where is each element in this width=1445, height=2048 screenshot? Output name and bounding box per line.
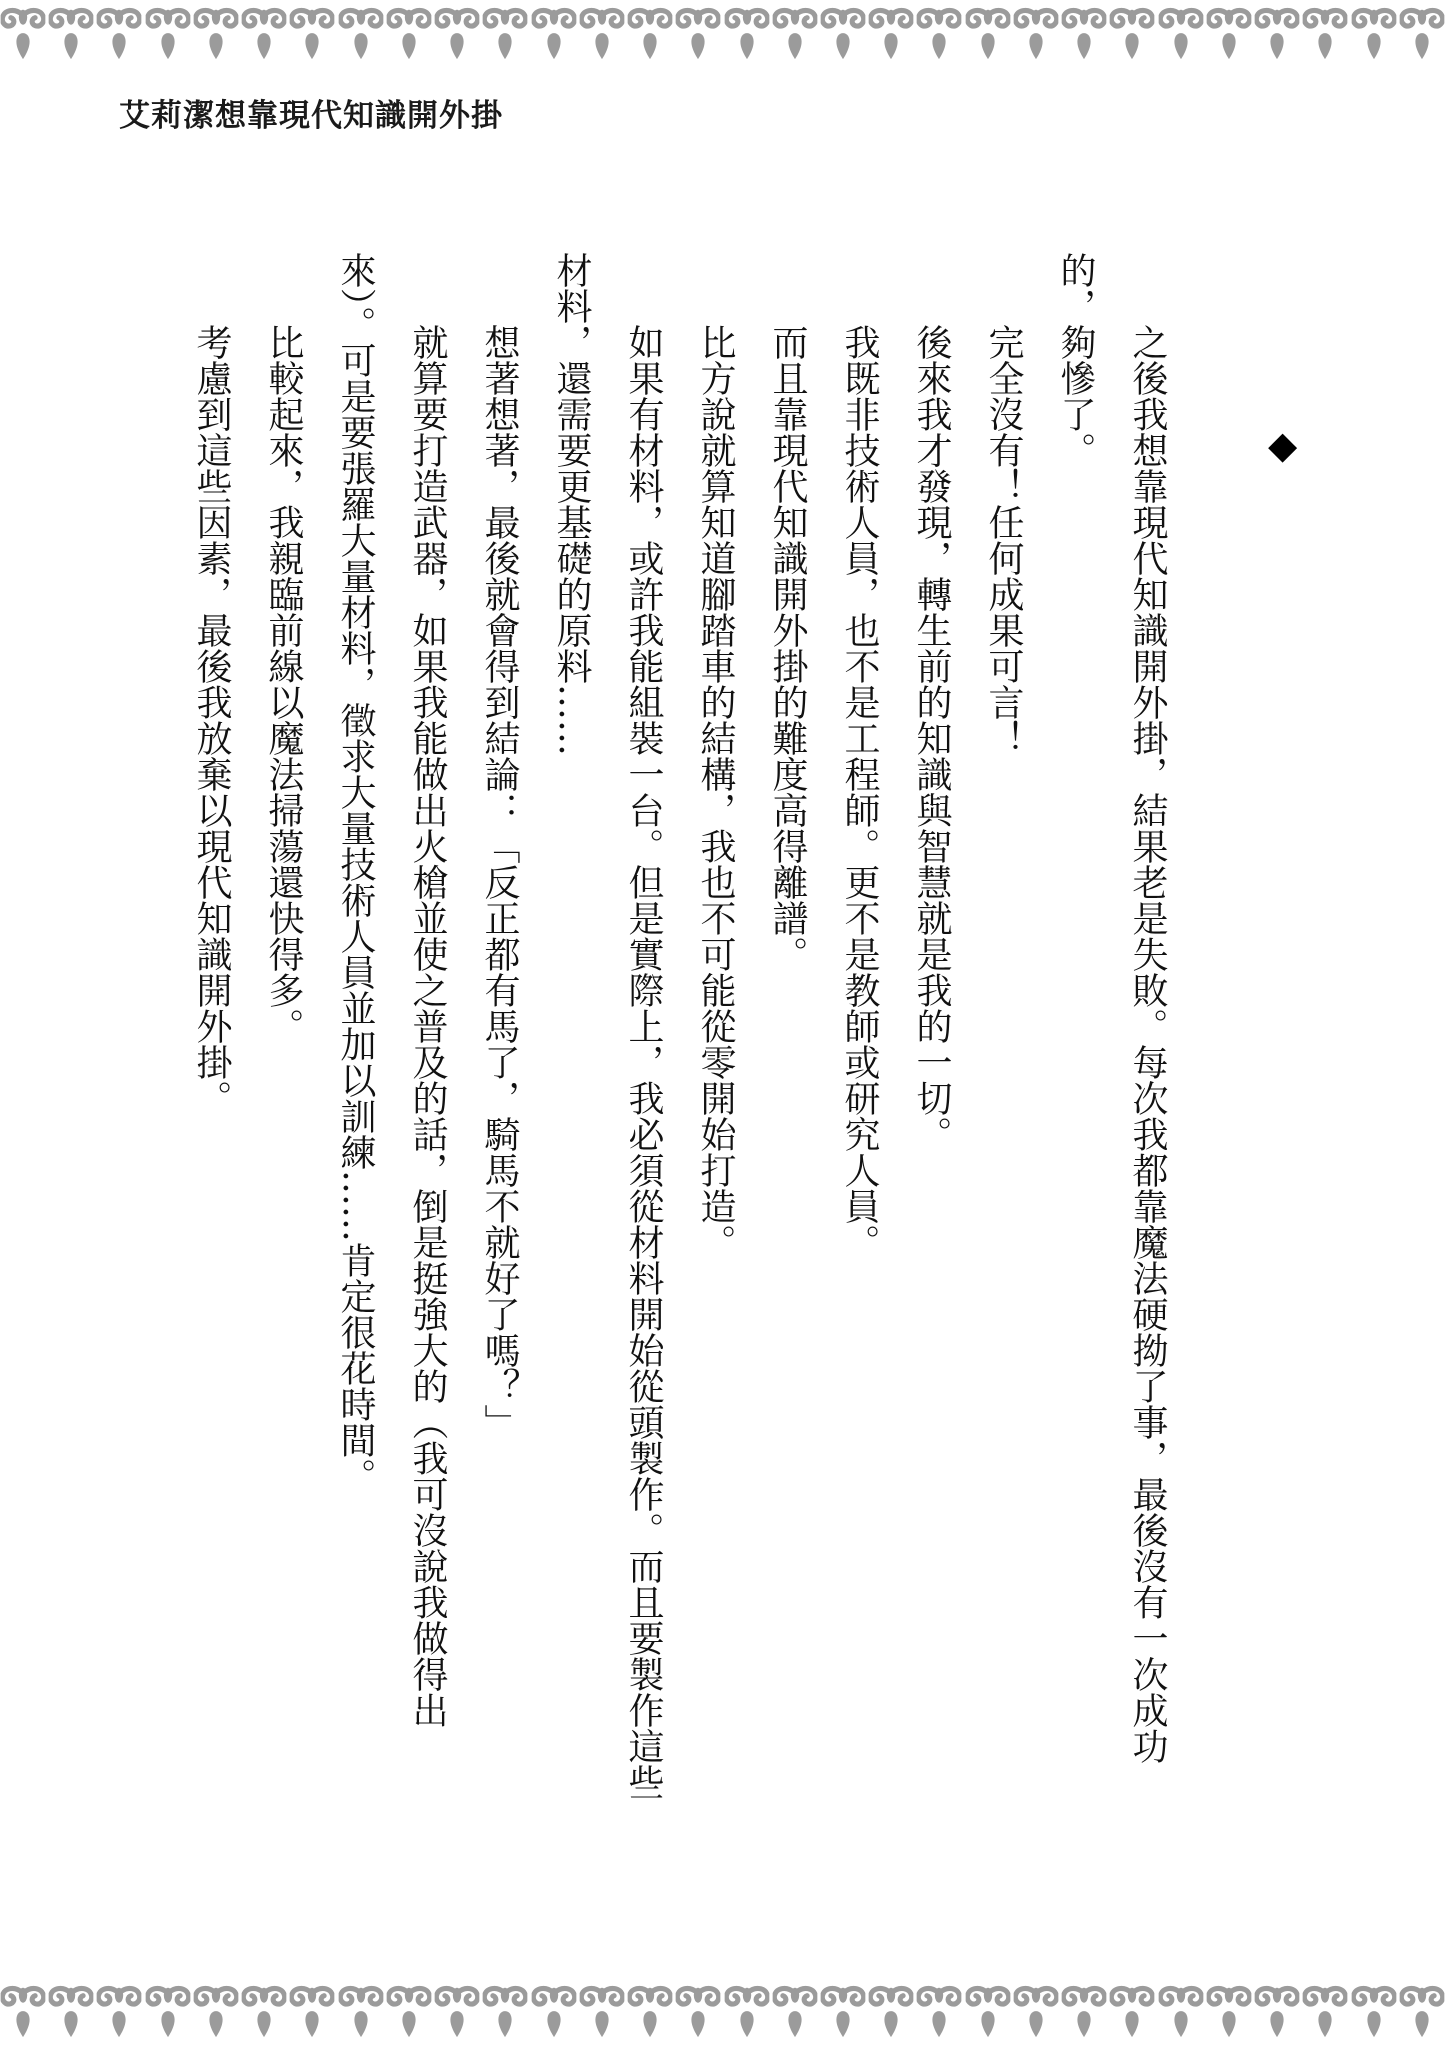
fleur-de-lis-icon (724, 7, 770, 61)
page-title: 艾莉潔想靠現代知識開外掛 (119, 90, 503, 135)
fleur-de-lis-icon (482, 7, 528, 61)
paragraph: 比較起來，我親臨前線以魔法掃蕩還快得多。 (247, 252, 319, 1812)
fleur-de-lis-icon (0, 7, 46, 61)
fleur-de-lis-icon (627, 7, 673, 61)
fleur-de-lis-icon (1013, 7, 1059, 61)
fleur-de-lis-icon (1351, 1985, 1397, 2039)
paragraph: 我既非技術人員，也不是工程師。更不是教師或研究人員。 (823, 252, 895, 1812)
fleur-de-lis-icon (482, 1985, 528, 2039)
fleur-de-lis-icon (434, 1985, 480, 2039)
fleur-de-lis-icon (0, 1985, 46, 2039)
top-ornament-border (0, 6, 1445, 62)
fleur-de-lis-icon (868, 7, 914, 61)
fleur-de-lis-icon (965, 1985, 1011, 2039)
fleur-de-lis-icon (241, 7, 287, 61)
fleur-de-lis-icon (1206, 7, 1252, 61)
fleur-de-lis-icon (1158, 1985, 1204, 2039)
fleur-de-lis-icon (338, 1985, 384, 2039)
fleur-de-lis-icon (289, 1985, 335, 2039)
fleur-de-lis-icon (193, 1985, 239, 2039)
fleur-de-lis-icon (675, 7, 721, 61)
fleur-de-lis-icon (675, 1985, 721, 2039)
fleur-de-lis-icon (1109, 1985, 1155, 2039)
paragraph: 比方說就算知道腳踏車的結構，我也不可能從零開始打造。 (679, 252, 751, 1812)
paragraph: 就算要打造武器，如果我能做出火槍並使之普及的話，倒是挺強大的（我可沒說我做得出來… (319, 252, 463, 1812)
fleur-de-lis-icon (193, 7, 239, 61)
fleur-de-lis-icon (1061, 1985, 1107, 2039)
fleur-de-lis-icon (96, 1985, 142, 2039)
fleur-de-lis-icon (48, 1985, 94, 2039)
fleur-de-lis-icon (965, 7, 1011, 61)
fleur-de-lis-icon (1206, 1985, 1252, 2039)
fleur-de-lis-icon (145, 7, 191, 61)
fleur-de-lis-icon (289, 7, 335, 61)
paragraph: 之後我想靠現代知識開外掛，結果老是失敗。每次我都靠魔法硬拗了事，最後沒有一次成功… (1039, 252, 1183, 1812)
fleur-de-lis-icon (386, 1985, 432, 2039)
fleur-de-lis-icon (338, 7, 384, 61)
fleur-de-lis-icon (531, 7, 577, 61)
fleur-de-lis-icon (434, 7, 480, 61)
fleur-de-lis-icon (1013, 1985, 1059, 2039)
paragraph: 完全沒有！任何成果可言！ (967, 252, 1039, 1812)
fleur-de-lis-icon (1254, 1985, 1300, 2039)
fleur-de-lis-icon (820, 7, 866, 61)
fleur-de-lis-icon (1254, 7, 1300, 61)
fleur-de-lis-icon (772, 1985, 818, 2039)
fleur-de-lis-icon (579, 7, 625, 61)
novel-text: 之後我想靠現代知識開外掛，結果老是失敗。每次我都靠魔法硬拗了事，最後沒有一次成功… (173, 252, 1183, 1812)
paragraph: 而且靠現代知識開外掛的難度高得離譜。 (751, 252, 823, 1812)
fleur-de-lis-icon (916, 1985, 962, 2039)
fleur-de-lis-icon (96, 7, 142, 61)
fleur-de-lis-icon (820, 1985, 866, 2039)
fleur-de-lis-icon (916, 7, 962, 61)
fleur-de-lis-icon (48, 7, 94, 61)
bottom-ornament-border (0, 1984, 1445, 2040)
fleur-de-lis-icon (1061, 7, 1107, 61)
paragraph: 如果有材料，或許我能組裝一台。但是實際上，我必須從材料開始從頭製作。而且要製作這… (535, 252, 679, 1812)
fleur-de-lis-icon (1399, 7, 1445, 61)
fleur-de-lis-icon (579, 1985, 625, 2039)
fleur-de-lis-icon (531, 1985, 577, 2039)
fleur-de-lis-icon (1158, 7, 1204, 61)
fleur-de-lis-icon (1109, 7, 1155, 61)
fleur-de-lis-icon (241, 1985, 287, 2039)
fleur-de-lis-icon (145, 1985, 191, 2039)
fleur-de-lis-icon (1399, 1985, 1445, 2039)
fleur-de-lis-icon (1302, 1985, 1348, 2039)
fleur-de-lis-icon (386, 7, 432, 61)
fleur-de-lis-icon (1302, 7, 1348, 61)
fleur-de-lis-icon (627, 1985, 673, 2039)
fleur-de-lis-icon (772, 7, 818, 61)
fleur-de-lis-icon (1351, 7, 1397, 61)
section-divider-diamond-icon: ◆ (1268, 426, 1297, 464)
fleur-de-lis-icon (868, 1985, 914, 2039)
fleur-de-lis-icon (724, 1985, 770, 2039)
paragraph: 後來我才發現，轉生前的知識與智慧就是我的一切。 (895, 252, 967, 1812)
paragraph: 考慮到這些因素，最後我放棄以現代知識開外掛。 (175, 252, 247, 1812)
paragraph: 想著想著，最後就會得到結論：「反正都有馬了，騎馬不就好了嗎？」 (463, 252, 535, 1812)
